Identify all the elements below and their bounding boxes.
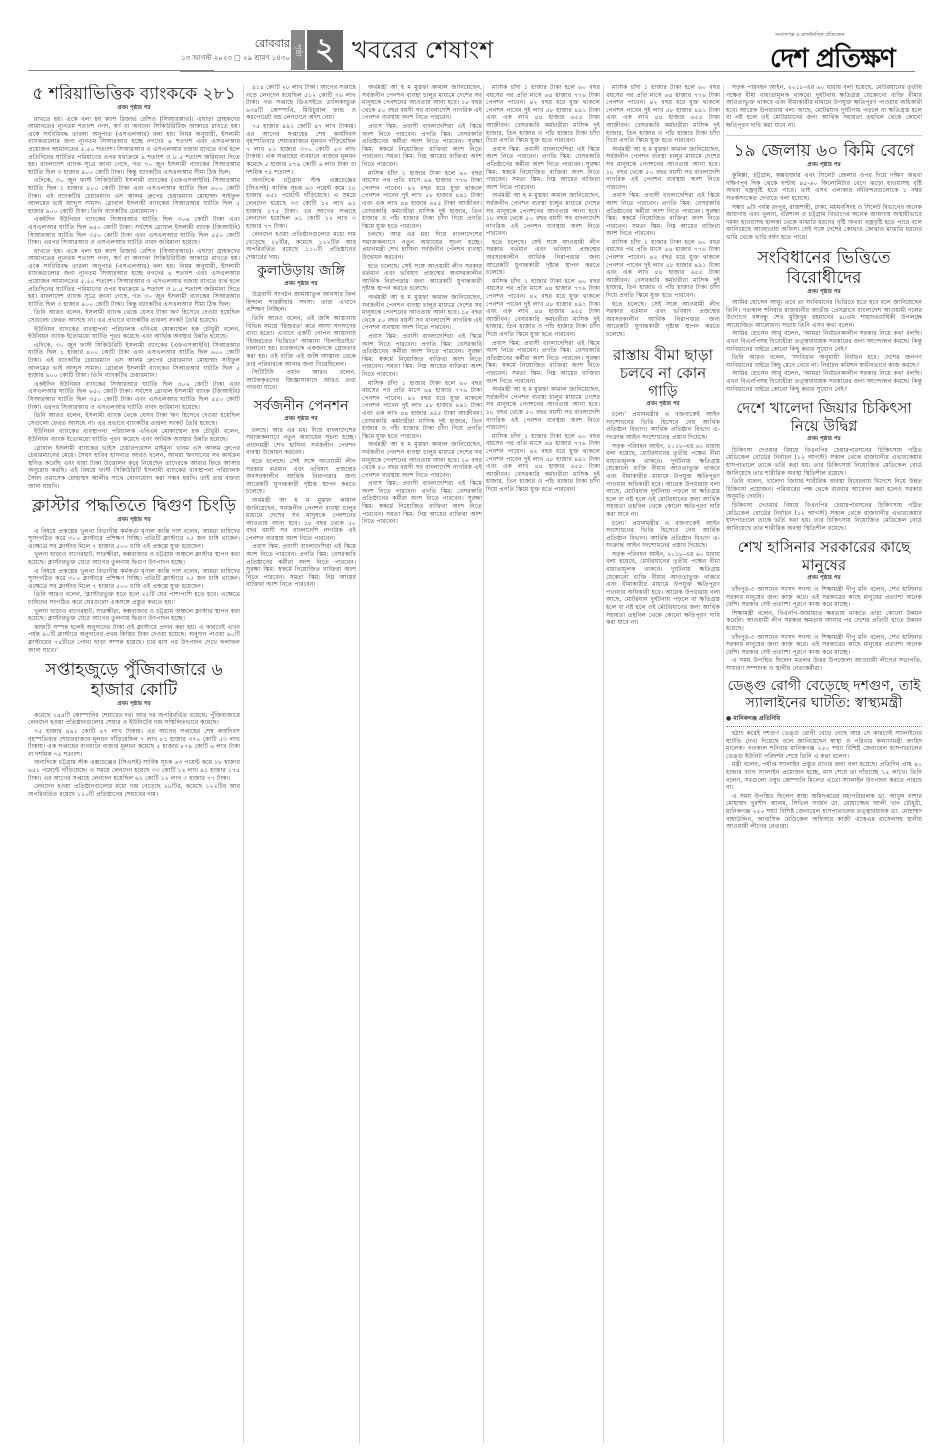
article-paragraph: প্রবাস স্কিম: প্রবাসী বাংলাদেশিরা এই স্ক…	[246, 543, 356, 589]
article-paragraph: রাখতে হয়। একে বলা হয় ক্যাশ রিজার্ভ রেশ…	[28, 116, 240, 177]
article-paragraph: আমির হোসেন আমু বলেন, 'আমরা নির্বাচনকালীন…	[726, 370, 922, 393]
article-paragraph: উগ্রবাদী সংগঠন জামায়াতুল আনসার ফিল হিন্…	[246, 291, 356, 314]
article-paragraph: চিকিৎসা দেওয়ার বিষয়ে বিএনপির চেয়ারপার…	[726, 502, 922, 532]
continued-label: প্রথম পৃষ্ঠার পর	[28, 105, 240, 113]
article-islamic-banks: ৫ শরিয়াভিত্তিক ব্যাংককে ২৮১ প্রথম পৃষ্ঠ…	[28, 84, 240, 490]
article-paragraph: এ সময় উপস্থিত ছিলেন মতলব উত্তর উপজেলা আ…	[726, 657, 922, 672]
article-paragraph: আমির হোসেন আমু। তবে তা সংবিধানের ভিত্তিত…	[726, 299, 922, 329]
article-paragraph: এদিকে, ৩০ জুন ফার্স্ট সিকিউরিটি ইসলামী ব…	[28, 342, 240, 380]
article-headline[interactable]: ডেঙ্গু রোগী বেড়েছে দশগুণ, তাই স্যালাইনে…	[726, 678, 922, 712]
byline-text: মানিকগঞ্জ প্রতিনিধি	[733, 715, 780, 722]
continued-label: প্রথম পৃষ্ঠার পর	[28, 701, 240, 709]
column-2: ৪১৪ কোটি ২৮ লাখ টাকা। আগের সপ্তাহে গড়ে …	[246, 84, 356, 1444]
continued-label: প্রথম পৃষ্ঠার পর	[28, 517, 240, 525]
article-kulaura-militant: কুলাউড়ায় জঙ্গি প্রথম পৃষ্ঠার পর উগ্রবা…	[246, 263, 356, 392]
article-paragraph: খুলনা ছাড়াও বাগেরহাট, সাতক্ষীরা, কক্সবা…	[28, 551, 240, 566]
article-paragraph: ইউনিয়ন ব্যাংকের ব্যবস্থাপনা পরিচালক এবি…	[28, 428, 240, 443]
article-paragraph: লেনদেন হওয়া প্রতিষ্ঠানগুলোর মধ্যে দাম ব…	[28, 783, 240, 798]
article-paragraph: প্রবাস স্কিম: প্রবাসী বাংলাদেশিরা এই স্ক…	[606, 192, 720, 238]
article-paragraph: হতে চলেছে। সেই সঙ্গে আওয়ামী লীগ সরকার ব…	[246, 458, 356, 496]
article-paragraph: সন্ধ্যা ৬টা পর্যন্ত রংপুর, রাজশাহী, ঢাকা…	[726, 204, 922, 242]
article-headline[interactable]: দেশে খালেদা জিয়ার চিকিৎসা নিয়ে উদ্বিগ্…	[726, 399, 922, 435]
article-headline[interactable]: সংবিধানের ভিত্তিতে বিরোধীদের	[726, 248, 922, 288]
article-paragraph: কুমিল্লা, চট্টগ্রাম, কক্সবাজার এবং সিলেট…	[726, 172, 922, 202]
column-4: মাসিক চাঁদা ১ হাজার টাকা হলে ৬০ বছর বয়স…	[486, 84, 600, 1444]
article-headline[interactable]: কুলাউড়ায় জঙ্গি	[246, 263, 356, 280]
article-paragraph: এ বিষয়ে প্রকল্পের খুলনা বিভাগীয় কর্মকর…	[28, 568, 240, 591]
article-paragraph: তিনি আরও বলেন, ইসলামী ব্যাংক থেকে যেসব ট…	[28, 309, 240, 324]
page-label: পৃষ্ঠা	[291, 30, 305, 70]
article-headline[interactable]: শেখ হাসিনার সরকারের কাছে মানুষের	[726, 538, 922, 574]
article-paragraph: মাসিক চাঁদা ১ হাজার টাকা হলে ৬০ বছর বয়স…	[606, 239, 720, 300]
article-paragraph: ৭৫ হাজার ৪৯১ কোটি ৪৭ লাখ টাকায়। এর আগের…	[28, 728, 240, 758]
column-3: অর্থমন্ত্রী আ হ ম মুস্তফা কামাল জানিয়েছ…	[362, 84, 482, 1444]
article-headline[interactable]: ১৯ জেলায় ৬০ কিমি বেগে	[726, 141, 922, 161]
article-paragraph: অর্থমন্ত্রী আ হ ম মুস্তফা কামাল জানিয়েছ…	[606, 146, 720, 192]
article-paragraph: তিনি আরও বলেন, ইসলামী ব্যাংক থেকে যেসব ট…	[28, 412, 240, 427]
page-number: ২	[307, 30, 343, 70]
article-paragraph: অর্থমন্ত্রী আ হ ম মুস্তফা কামাল জানিয়েছ…	[486, 192, 600, 238]
article-paragraph: এদিকে, ৩০ জুন ফার্স্ট সিকিউরিটি ইসলামী ব…	[28, 177, 240, 215]
article-paragraph: কাজটি সম্পন্ন হলেই অনুদানের টাকা ওই ক্লা…	[28, 624, 240, 654]
article-paragraph: হতে চলেছে। সেই সঙ্গে আওয়ামী লীগ সরকার ব…	[362, 263, 482, 293]
masthead: রোববার ১৩ আগস্ট ২০২৩ □ ২৯ শ্রাবণ ১৪৩০ পৃ…	[0, 24, 945, 72]
article-paragraph: চাঁদপুর-৩ আসনের সংসদ সদস্য ও শিক্ষামন্ত্…	[726, 586, 922, 609]
column-divider	[723, 84, 724, 1444]
column-6: সড়ক পরিবহন আইন, ২০১৮-এর ৬০ ধারায় বলা হ…	[726, 84, 922, 1444]
article-paragraph: সড়ক পরিবহন আইন, ২০১৮-এর ৬০ ধারায় বলা হ…	[606, 551, 720, 627]
article-universal-pension: সর্বজনীন পেনশন প্রথম পৃষ্ঠার পর চলছে। আর…	[246, 398, 356, 589]
article-constitution-opposition: সংবিধানের ভিত্তিতে বিরোধীদের প্রথম পৃষ্ঠ…	[726, 248, 922, 394]
publication-date: ১৩ আগস্ট ২০২৩ □ ২৯ শ্রাবণ ১৪৩০	[28, 52, 290, 64]
article-paragraph: অর্থমন্ত্রী আ হ ম মুস্তফা কামাল জানিয়েছ…	[486, 386, 600, 432]
article-capital-market: সপ্তাহজুড়ে পুঁজিবাজারে ৬ হাজার কোটি প্র…	[28, 660, 240, 798]
continued-label: প্রথম পৃষ্ঠার পর	[726, 436, 922, 444]
column-divider	[359, 84, 360, 1444]
article-paragraph: সিটিটিসি প্রধান আরও বলেন, আটককৃতদের জিজ্…	[246, 369, 356, 392]
article-headline[interactable]: রাস্তায় বীমা ছাড়া চলবে না কোন গাড়ি	[606, 346, 720, 400]
column-divider	[603, 84, 604, 1444]
article-paragraph: হঠাৎ করেই দশগুণ ডেঙ্গু রোগী বেড়ে গেছে আ…	[726, 730, 922, 760]
article-paragraph: আমির হোসেন আমু বলেন, 'আমরা নির্বাচনকালীন…	[726, 330, 922, 353]
article-paragraph: ইউনিয়ন ব্যাংকের ব্যবস্থাপনা পরিচালক এবি…	[28, 326, 240, 341]
article-paragraph: মাসিক চাঁদা ১ হাজার টাকা হলে ৬০ বছর বয়স…	[606, 84, 720, 145]
article-paragraph: অন্যদিকে চট্টগ্রাম স্টক এক্সচেঞ্জের (সিএ…	[246, 177, 356, 230]
article-paragraph: চলছে। আর এর মধ্য দিয়ে বাংলাদেশের সমাজকল…	[362, 231, 482, 261]
article-paragraph: চাঁদপুর-৩ আসনের সংসদ সদস্য ও শিক্ষামন্ত্…	[726, 634, 922, 657]
article-paragraph: অন্যদিকে চট্টগ্রাম স্টক এক্সচেঞ্জের (সিএ…	[28, 759, 240, 782]
byline: ● মানিকগঞ্জ প্রতিনিধি	[726, 715, 922, 727]
article-headline[interactable]: ক্লাস্টার পদ্ধতিতে দ্বিগুণ চিংড়ি	[28, 496, 240, 516]
article-paragraph: অর্থমন্ত্রী আ হ ম মুস্তফা কামাল জানিয়েছ…	[362, 84, 482, 122]
article-paragraph: লেনদেন হওয়া প্রতিষ্ঠানগুলোর মধ্যে দাম ব…	[246, 231, 356, 261]
section-title: খবরের শেষাংশ	[352, 32, 493, 72]
article-paragraph: গ্লোবাল ইসলামী ব্যাংকের ভাইস চেয়ারপারসন…	[28, 445, 240, 491]
column-5: মাসিক চাঁদা ১ হাজার টাকা হলে ৬০ বছর বয়স…	[606, 84, 720, 1444]
article-paragraph: তিনি বলেন, খালেদা জিয়ার শারীরিক অবস্থা …	[726, 478, 922, 501]
continued-label: প্রথম পৃষ্ঠার পর	[726, 575, 922, 583]
article-paragraph: তিনি আরও বলেন, 'ক্লাস্টারভুক্ত হতে হলে ২…	[28, 591, 240, 606]
article-paragraph: মাসিক চাঁদা ১ হাজার টাকা হলে ৬০ বছর বয়স…	[486, 84, 600, 145]
article-paragraph: হতে চলেছে। সেই সঙ্গে আওয়ামী লীগ সরকার ব…	[486, 239, 600, 277]
article-cluster-shrimp: ক্লাস্টার পদ্ধতিতে দ্বিগুণ চিংড়ি প্রথম …	[28, 496, 240, 654]
article-paragraph: প্রবাস স্কিম: প্রবাসী বাংলাদেশিরা এই স্ক…	[362, 123, 482, 169]
column-divider	[243, 84, 244, 1444]
continued-label: প্রথম পৃষ্ঠার পর	[246, 416, 356, 424]
article-headline[interactable]: সর্বজনীন পেনশন	[246, 398, 356, 415]
article-paragraph: সড়ক পরিবহন আইন, ২০১৮-এর ৬০ ধারায় বলা হ…	[726, 84, 922, 130]
article-paragraph: হতে চলেছে। সেই সঙ্গে আওয়ামী লীগ সরকার ব…	[606, 301, 720, 339]
article-paragraph: মন্ত্রী বলেন, পর্যাপ্ত স্যালাইন প্রস্তুত…	[726, 761, 922, 791]
article-paragraph: মাসিক চাঁদা ১ হাজার টাকা হলে ৬০ বছর বয়স…	[362, 170, 482, 231]
article-paragraph: কমেছে ১৪৪টি কোম্পানির শেয়ারের দর। আর দর…	[28, 712, 240, 727]
article-paragraph: প্রবাস স্কিম: প্রবাসী বাংলাদেশিরা এই স্ক…	[486, 146, 600, 192]
article-paragraph: ৭৫ হাজার ৪৯১ কোটি ৪৭ লাখ টাকায়। এর আগের…	[246, 123, 356, 176]
article-paragraph: চলছে। আর এর মধ্য দিয়ে বাংলাদেশের সমাজকল…	[246, 427, 356, 457]
article-paragraph: সড়ক পরিবহন আইন, ২০১৮-এর ৬০ ধারায় বলা হ…	[606, 443, 720, 519]
continued-label: প্রথম পৃষ্ঠার পর	[246, 281, 356, 289]
article-paragraph: চলে।' প্রধানমন্ত্রীর এ বক্তব্যকেই আইন সং…	[606, 520, 720, 550]
continued-label: প্রথম পৃষ্ঠার পর	[726, 162, 922, 170]
article-paragraph: রাখতে হয়। একে বলা হয় ক্যাশ রিজার্ভ রেশ…	[28, 248, 240, 309]
article-paragraph: তিনি আরও বলেন, এই জঙ্গি আস্তানায় বিভিন্…	[246, 315, 356, 368]
article-paragraph: মাসিক চাঁদা ১ হাজার টাকা হলে ৬০ বছর বয়স…	[486, 278, 600, 339]
newspaper-logo: দেশ প্রতিক্ষণ	[770, 38, 895, 82]
article-hasina-government: শেখ হাসিনার সরকারের কাছে মানুষের প্রথম প…	[726, 538, 922, 672]
continued-label: প্রথম পৃষ্ঠার পর	[726, 289, 922, 297]
article-paragraph: তিনি আরও বলেন, 'সংবিধান অনুযায়ী নির্বাচ…	[726, 354, 922, 369]
article-khaleda-treatment: দেশে খালেদা জিয়ার চিকিৎসা নিয়ে উদ্বিগ্…	[726, 399, 922, 532]
article-paragraph: চিকিৎসা দেওয়ার বিষয়ে বিএনপির চেয়ারপার…	[726, 447, 922, 477]
article-paragraph: চলে।' প্রধানমন্ত্রীর এ বক্তব্যকেই আইন সং…	[606, 411, 720, 441]
continued-label: প্রথম পৃষ্ঠার পর	[606, 401, 720, 409]
story-divider	[726, 135, 922, 136]
article-paragraph: অর্থমন্ত্রী আ হ ম মুস্তফা কামাল জানিয়েছ…	[362, 441, 482, 479]
article-paragraph: অর্থমন্ত্রী আ হ ম মুস্তফা কামাল জানিয়েছ…	[362, 294, 482, 332]
article-paragraph: মাসিক চাঁদা ১ হাজার টাকা হলে ৬০ বছর বয়স…	[486, 433, 600, 494]
column-divider	[483, 84, 484, 1444]
article-paragraph: ৪১৪ কোটি ২৮ লাখ টাকা। আগের সপ্তাহে গড়ে …	[246, 84, 356, 122]
article-road-insurance: রাস্তায় বীমা ছাড়া চলবে না কোন গাড়ি প্…	[606, 346, 720, 627]
article-paragraph: মাসিক চাঁদা ১ হাজার টাকা হলে ৬০ বছর বয়স…	[362, 380, 482, 441]
article-paragraph: একইদিন ইউনিয়ন ব্যাংকের সিআরআর ঘাটতি ছিল…	[28, 381, 240, 411]
article-paragraph: এ সময় উপস্থিত ছিলেন স্বাস্থ্য অধিদপ্তরে…	[726, 793, 922, 831]
article-paragraph: অর্থমন্ত্রী আ হ ম মুস্তফা কামাল জানিয়েছ…	[246, 497, 356, 543]
article-paragraph: এ বিষয়ে প্রকল্পের খুলনা বিভাগীয় কর্মকর…	[28, 528, 240, 551]
article-paragraph: প্রবাস স্কিম: প্রবাসী বাংলাদেশিরা এই স্ক…	[362, 333, 482, 379]
article-paragraph: একইদিন ইউনিয়ন ব্যাংকের সিআরআর ঘাটতি ছিল…	[28, 216, 240, 246]
article-storm-19-districts: ১৯ জেলায় ৬০ কিমি বেগে প্রথম পৃষ্ঠার পর …	[726, 141, 922, 242]
column-1: ৫ শরিয়াভিত্তিক ব্যাংককে ২৮১ প্রথম পৃষ্ঠ…	[28, 84, 240, 1444]
article-headline[interactable]: ৫ শরিয়াভিত্তিক ব্যাংককে ২৮১	[28, 84, 240, 104]
article-headline[interactable]: সপ্তাহজুড়ে পুঁজিবাজারে ৬ হাজার কোটি	[28, 660, 240, 700]
article-dengue-saline: ডেঙ্গু রোগী বেড়েছে দশগুণ, তাই স্যালাইনে…	[726, 678, 922, 830]
article-paragraph: প্রবাস স্কিম: প্রবাসী বাংলাদেশিরা এই স্ক…	[362, 480, 482, 526]
article-paragraph: শিক্ষামন্ত্রী বলেন, বিএনপি-জামায়াত ক্ষম…	[726, 610, 922, 633]
article-paragraph: প্রবাস স্কিম: প্রবাসী বাংলাদেশিরা এই স্ক…	[486, 340, 600, 386]
article-paragraph: খুলনা ছাড়াও বাগেরহাট, সাতক্ষীরা, কক্সবা…	[28, 608, 240, 623]
